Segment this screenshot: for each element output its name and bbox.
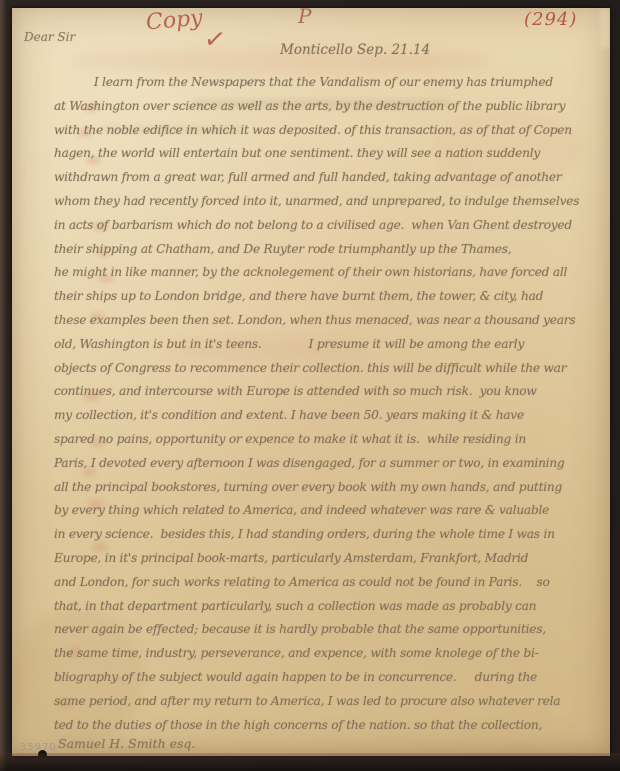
letter-line: in every science. besides this, I had st… (54, 523, 610, 547)
salutation: Dear Sir (24, 30, 75, 44)
letter-line: whom they had recently forced into it, u… (54, 190, 610, 214)
catalog-number-stamp: 35970 (20, 742, 57, 753)
letter-line: all the principal bookstores, turning ov… (54, 476, 610, 500)
letter-line: their shipping at Chatham, and De Ruyter… (54, 238, 610, 262)
letter-line: these examples been then set. London, wh… (54, 309, 610, 333)
letter-line: that, in that department particularly, s… (54, 595, 610, 619)
letter-line: hagen, the world will entertain but one … (54, 142, 610, 166)
letter-line: spared no pains, opportunity or expence … (54, 428, 610, 452)
letter-line: I learn from the Newspapers that the Van… (54, 71, 610, 95)
letter-line: objects of Congress to recommence their … (54, 357, 610, 381)
manuscript-scan: Copy ✓ P (294) Dear Sir Monticello Sep. … (0, 0, 620, 771)
letter-line: old, Washington is but in it's teens. I … (54, 333, 610, 357)
letter-line: bliography of the subject would again ha… (54, 666, 610, 690)
p-annotation: P (298, 8, 311, 28)
letter-line: the same time, industry, perseverance, a… (54, 642, 610, 666)
letter-line: in acts of barbarism which do not belong… (54, 214, 610, 238)
copy-annotation: Copy (145, 8, 204, 35)
page-number-annotation: (294) (524, 9, 577, 30)
check-icon: ✓ (202, 24, 228, 57)
letter-line: and London, for such works relating to A… (54, 571, 610, 595)
letter-body: I learn from the Newspapers that the Van… (54, 71, 610, 737)
dateline: Monticello Sep. 21.14 (280, 42, 430, 58)
adjacent-page-sliver (600, 8, 610, 48)
letter-line: continues, and intercourse with Europe i… (54, 380, 610, 404)
letter-line: withdrawn from a great war, full armed a… (54, 166, 610, 190)
addressee: Samuel H. Smith esq. (58, 736, 195, 751)
letter-line: ted to the duties of those in the high c… (54, 714, 610, 738)
letter-line: their ships up to London bridge, and the… (54, 285, 610, 309)
letter-line: my collection, it's condition and extent… (54, 404, 610, 428)
letter-line: at Washington over science as well as th… (54, 95, 610, 119)
letter-line: same period, and after my return to Amer… (54, 690, 610, 714)
letter-line: Europe, in it's principal book-marts, pa… (54, 547, 610, 571)
letter-line: he might in like manner, by the acknoleg… (54, 261, 610, 285)
letter-line: with the noble edifice in which it was d… (54, 119, 610, 143)
letter-line: by every thing which related to America,… (54, 499, 610, 523)
letter-line: never again be effected; because it is h… (54, 618, 610, 642)
footer-row: 35970 Samuel H. Smith esq. (12, 736, 610, 756)
letter-page: Copy ✓ P (294) Dear Sir Monticello Sep. … (12, 8, 610, 756)
letter-line: Paris, I devoted every afternoon I was d… (54, 452, 610, 476)
